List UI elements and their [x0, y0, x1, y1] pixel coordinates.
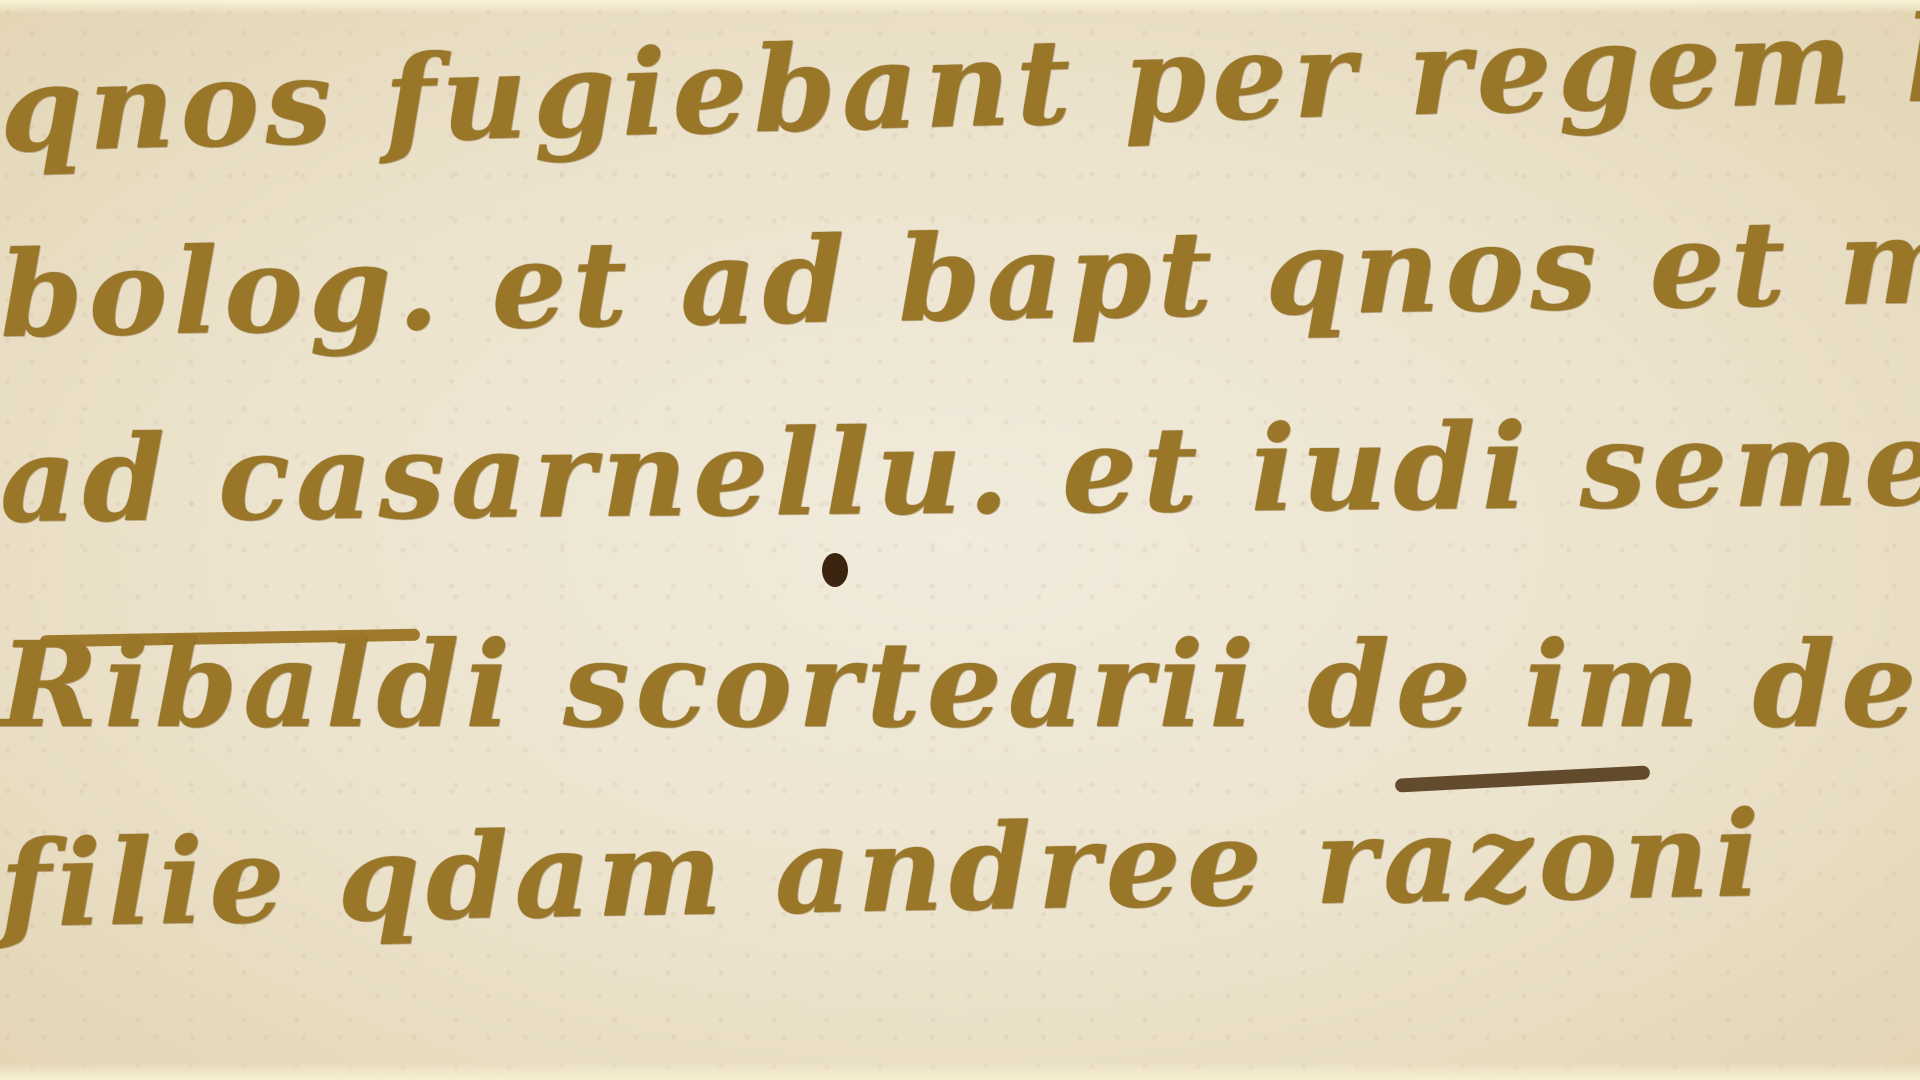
manuscript-line-4: Ribaldi scortearii de im de p [0, 615, 1920, 754]
parchment-bottom-edge [0, 1062, 1920, 1080]
manuscript-line-3: ad casarnellu. et iudi semel q [0, 391, 1920, 549]
ink-dot [822, 553, 848, 587]
